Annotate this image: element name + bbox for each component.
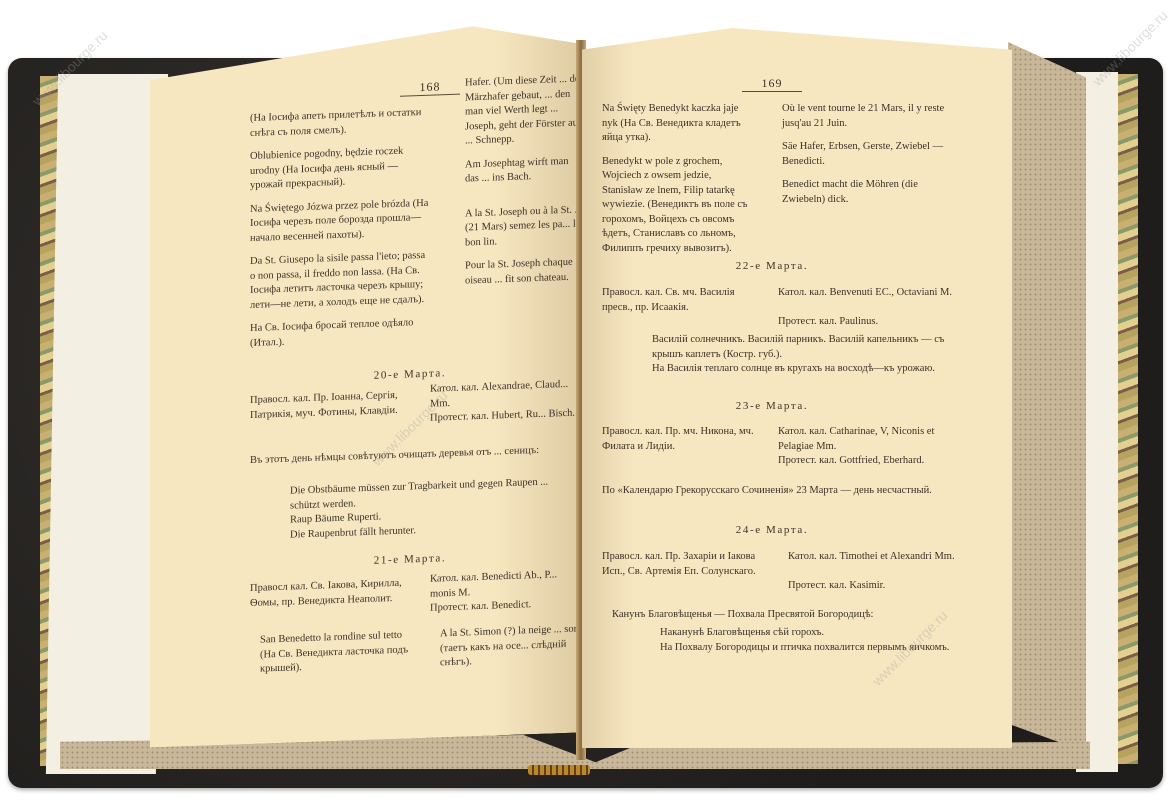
paragraph: Канунъ Благовѣщенья — Похвала Пресвятой … <box>612 608 972 623</box>
saying: На Василія теплаго солнце въ кругахъ на … <box>652 362 972 377</box>
protestant-calendar: Протест. кал. Kasimir. <box>788 579 963 594</box>
orthodox-calendar: Правосл. кал. Пр. Іоанна, Сергія, Патрик… <box>250 388 420 423</box>
sayings-list: Василій солнечникъ. Василій парникъ. Вас… <box>652 333 972 377</box>
section-heading: 24-е Марта. <box>692 524 852 536</box>
flyleaf-left <box>46 74 168 774</box>
left-page-column-1: (На Іосифа апеть прилетѣлъ и остатки снѣ… <box>250 106 430 360</box>
paragraph: A la St. Joseph ou à la St. ... (21 Mars… <box>465 203 585 251</box>
section-heading: 22-е Марта. <box>692 260 852 272</box>
sayings-list: Die Obstbäume müssen zur Tragbarkeit und… <box>290 474 580 542</box>
saying: A la St. Simon (?) la neige ... son (тае… <box>440 622 580 670</box>
marbled-endpaper-right <box>1118 74 1138 764</box>
paragraph: Da St. Giusepo la sisile passa l'ieto; p… <box>250 249 430 313</box>
orthodox-calendar: Правосл. кал. Пр. мч. Никона, мч. Филата… <box>602 425 762 454</box>
protestant-calendar: Протест. кал. Paulinus. <box>778 315 958 330</box>
paragraph: Où le vent tourne le 21 Mars, il y reste… <box>782 102 952 131</box>
left-page: 168 (На Іосифа апеть прилетѣлъ и остатки… <box>150 22 580 747</box>
left-page-column-2: Hafer. (Um diese Zeit ... der Märzhafer … <box>465 72 585 297</box>
right-page-column-1: Na Święty Benedykt kaczka jaje nyk (На С… <box>602 102 752 265</box>
spine-headband <box>528 765 590 775</box>
paragraph: Hafer. (Um diese Zeit ... der Märzhafer … <box>465 72 585 149</box>
paragraph: На Св. Іосифа бросай теплое одѣяло (Итал… <box>250 316 430 351</box>
paragraph: Na Święty Benedykt kaczka jaje nyk (На С… <box>602 102 752 146</box>
paragraph: (На Іосифа апеть прилетѣлъ и остатки снѣ… <box>250 106 430 141</box>
catholic-calendar: Катол. кал. Benvenuti EC., Octaviani M. <box>778 286 958 301</box>
section-heading: 23-е Марта. <box>692 400 852 412</box>
paragraph: По «Календарю Грекорусскаго Сочиненія» 2… <box>602 484 962 499</box>
right-page-column-2: Où le vent tourne le 21 Mars, il y reste… <box>782 102 952 216</box>
paragraph: Benedykt w pole z grochem, Wojciech z ow… <box>602 155 752 257</box>
orthodox-calendar: Правосл. кал. Пр. Захаріи и Іакова Исп.,… <box>602 550 772 579</box>
paragraph: Oblubienice pogodny, będzie roczek urodn… <box>250 144 430 194</box>
sayings-list: Наканунѣ Благовѣщенья сѣй горохъ. На Пох… <box>660 626 970 655</box>
saying: Василій солнечникъ. Василій парникъ. Вас… <box>652 333 972 362</box>
right-page: 169 Na Święty Benedykt kaczka jaje nyk (… <box>582 28 1012 748</box>
section-heading: 21-е Марта. <box>330 551 490 569</box>
page-block-edge-right <box>1008 42 1086 752</box>
saying: На Похвалу Богородицы и птичка похвалитс… <box>660 641 970 656</box>
paragraph: Въ этотъ день нѣмцы совѣтуютъ очищать де… <box>250 442 580 468</box>
paragraph: Säe Hafer, Erbsen, Gerste, Zwiebel — Ben… <box>782 140 952 169</box>
page-number: 169 <box>742 76 802 92</box>
catholic-calendar: Катол. кал. Catharinae, V, Niconis et Pe… <box>778 425 958 454</box>
saying: Наканунѣ Благовѣщенья сѣй горохъ. <box>660 626 970 641</box>
orthodox-calendar: Правосл кал. Св. Іакова, Кирилла, Ѳомы, … <box>250 576 420 611</box>
page-number: 168 <box>400 79 460 97</box>
protestant-calendar: Протест. кал. Gottfried, Eberhard. <box>778 454 958 469</box>
saying: San Benedetto la rondine sul tetto (На С… <box>260 628 420 677</box>
paragraph: Am Josephtag wirft man das ... ins Bach. <box>465 154 585 187</box>
paragraph: Benedict macht die Möhren (die Zwiebeln)… <box>782 178 952 207</box>
paragraph: Pour la St. Joseph chaque oiseau ... fit… <box>465 255 585 288</box>
catholic-calendar: Катол. кал. Timothei et Alexandri Mm. <box>788 550 963 565</box>
paragraph: Na Świętego Józwa przez pole brózda (На … <box>250 196 430 246</box>
orthodox-calendar: Правосл. кал. Св. мч. Василія пресв., пр… <box>602 286 762 315</box>
